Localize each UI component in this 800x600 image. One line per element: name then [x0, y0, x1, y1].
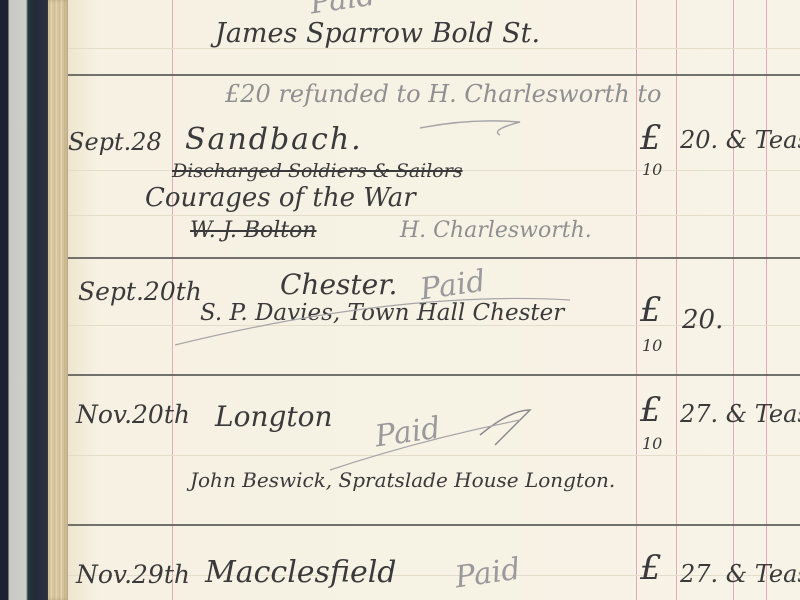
pencil-flourishes [0, 0, 800, 600]
